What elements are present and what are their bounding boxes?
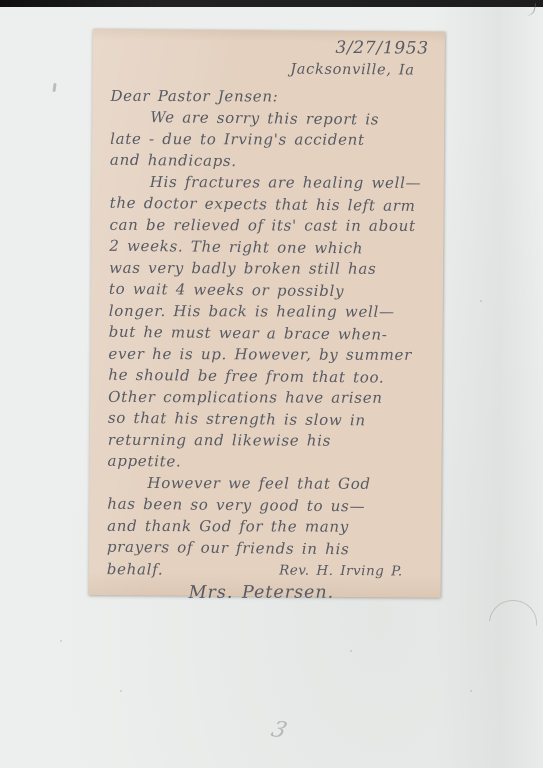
letter-salutation: Dear Pastor Jensen:	[110, 86, 438, 109]
letter-body-line: prayers of our friends in his	[107, 536, 435, 561]
letter-place: Jacksonville, Ia	[93, 58, 445, 82]
letter-body-line: late - due to Irving's accident	[110, 129, 438, 152]
letter-body-line: to wait 4 weeks or possibly	[109, 278, 437, 303]
letter-body-line: However we feel that God	[107, 473, 435, 496]
letter-body-line: ever he is up. However, by summer	[108, 344, 436, 367]
letter-body-line: appetite.	[107, 450, 435, 475]
scan-speck	[120, 690, 122, 692]
scanner-background: 3/27/1953 Jacksonville, Ia Dear Pastor J…	[0, 0, 543, 768]
letter-body-line: can be relieved of its' cast in about	[109, 215, 437, 238]
letter-body-line: returning and likewise his	[108, 430, 436, 453]
letter-body-line: longer. His back is healing well—	[109, 301, 437, 324]
scan-arc-mark	[489, 600, 537, 646]
scan-speck	[470, 690, 472, 692]
signature-mrs-petersen: Mrs. Petersen.	[189, 583, 441, 603]
letter-closing-row: behalf. Rev. H. Irving P.	[107, 558, 403, 582]
scan-dash-mark	[52, 83, 56, 92]
letter-date: 3/27/1953	[93, 35, 445, 61]
scan-squiggle-mark: 3	[268, 717, 290, 743]
letter-body-line: the doctor expects that his left arm	[110, 192, 438, 217]
letter-body-line: so that his strength is slow in	[108, 407, 436, 432]
letter-body-line: and thank God for the many	[107, 516, 435, 539]
letter-closing-word: behalf.	[107, 558, 164, 580]
letter-body-line: he should be free from that too.	[108, 364, 436, 389]
scan-speck	[350, 650, 352, 652]
letter-body-line: but he must wear a brace when-	[109, 321, 437, 346]
scan-speck	[60, 640, 62, 642]
letter-body-line: His fractures are healing well—	[110, 172, 438, 195]
letter-paper: 3/27/1953 Jacksonville, Ia Dear Pastor J…	[89, 29, 445, 598]
scan-speck	[480, 300, 482, 302]
letter-body-line: and handicaps.	[110, 149, 438, 174]
signature-rev-h-irving-p: Rev. H. Irving P.	[279, 559, 403, 582]
letter-body-line: has been so very good to us—	[107, 493, 435, 518]
scan-edge-strip	[0, 0, 543, 7]
scan-hook-mark	[523, 1, 537, 17]
letter-body-line: 2 weeks. The right one which	[109, 235, 437, 260]
letter-body-line: Other complications have arisen	[108, 387, 436, 410]
letter-body-line: was very badly broken still has	[109, 258, 437, 281]
letter-body-line: We are sorry this report is	[110, 106, 438, 131]
